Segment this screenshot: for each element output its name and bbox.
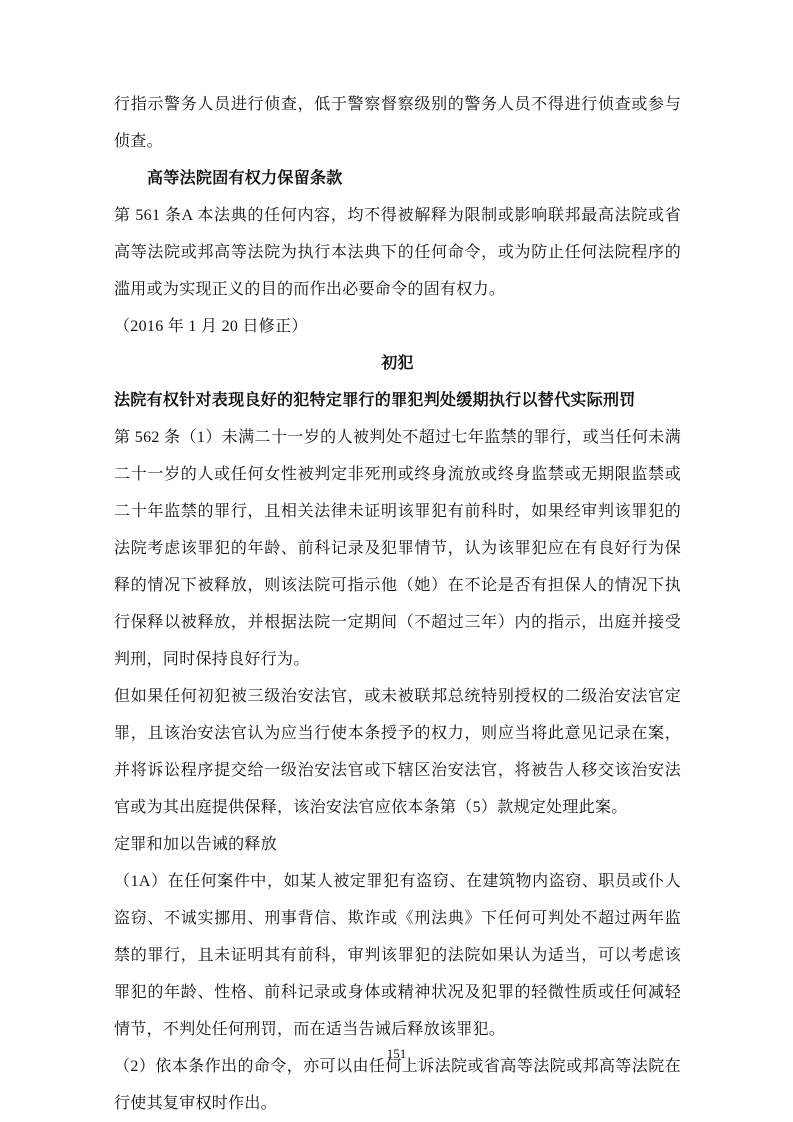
paragraph-continuation: 行指示警务人员进行侦查，低于警察督察级别的警务人员不得进行侦查或参与侦查。 bbox=[114, 86, 681, 160]
section-heading-reserved-powers: 高等法院固有权力保留条款 bbox=[114, 160, 681, 197]
heading-release-after-admonition: 定罪和加以告诫的释放 bbox=[114, 826, 681, 863]
page-number: 151 bbox=[0, 1044, 793, 1064]
paragraph-section-562-1: 第 562 条（1）未满二十一岁的人被判处不超过七年监禁的罪行，或当任何未满二十… bbox=[114, 419, 681, 678]
chapter-heading-first-offenders: 初犯 bbox=[114, 345, 681, 382]
page-content: 行指示警务人员进行侦查，低于警察督察级别的警务人员不得进行侦查或参与侦查。 高等… bbox=[114, 86, 681, 1122]
document-page: 行指示警务人员进行侦查，低于警察督察级别的警务人员不得进行侦查或参与侦查。 高等… bbox=[0, 0, 793, 1122]
paragraph-proviso-magistrates: 但如果任何初犯被三级治安法官，或未被联邦总统特别授权的二级治安法官定罪，且该治安… bbox=[114, 678, 681, 826]
paragraph-section-561a: 第 561 条A 本法典的任何内容，均不得被解释为限制或影响联邦最高法院或省高等… bbox=[114, 197, 681, 308]
section-subheading-probation: 法院有权针对表现良好的犯特定罪行的罪犯判处缓期执行以替代实际刑罚 bbox=[114, 382, 681, 419]
amendment-note: （2016 年 1 月 20 日修正） bbox=[114, 308, 681, 345]
paragraph-section-1a: （1A）在任何案件中，如某人被定罪犯有盗窃、在建筑物内盗窃、职员或仆人盗窃、不诚… bbox=[114, 863, 681, 1048]
